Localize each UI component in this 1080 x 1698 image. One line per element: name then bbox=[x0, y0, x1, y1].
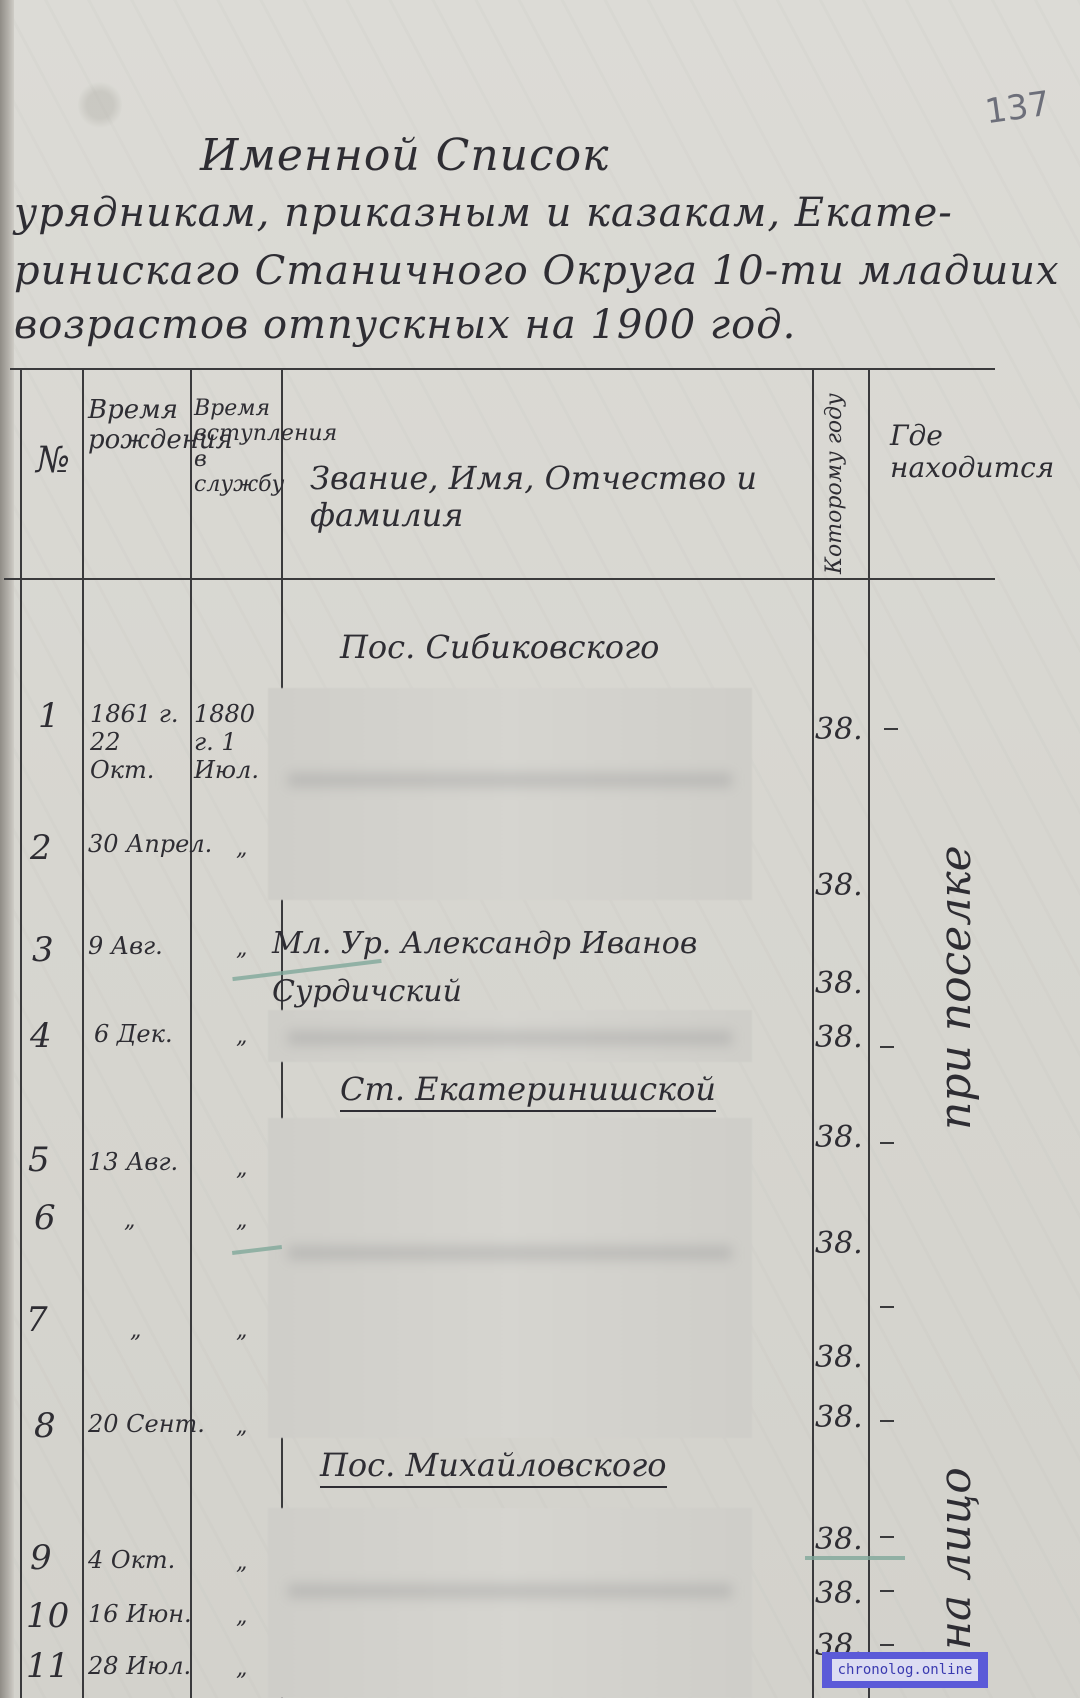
margin-note-at-settlement: при поселке bbox=[930, 660, 981, 1130]
row-7-number: 7 bbox=[26, 1300, 48, 1340]
row-3-age: 38. bbox=[815, 966, 863, 1001]
row-9-service: „ bbox=[236, 1550, 247, 1575]
watermark-badge: chronolog.online bbox=[822, 1652, 988, 1688]
row-4-number: 4 bbox=[30, 1016, 52, 1056]
row-5-location-dash bbox=[880, 1142, 894, 1144]
header-bottom-border bbox=[4, 578, 995, 580]
row-4-service: „ bbox=[236, 1024, 247, 1049]
row-9-age: 38. bbox=[815, 1522, 863, 1557]
row-3-name: Мл. Ур. Александр Иванов Сурдичский bbox=[272, 920, 802, 1016]
column-divider-left bbox=[20, 368, 22, 1698]
row-8-number: 8 bbox=[34, 1406, 56, 1446]
row-6-service: „ bbox=[236, 1208, 247, 1233]
title-line-3: ринискаго Станичного Округа 10-ти младши… bbox=[14, 248, 1060, 294]
row-1-birth: 1861 г. 22 Окт. bbox=[90, 700, 188, 784]
row-7-age: 38. bbox=[815, 1340, 863, 1375]
row-8-location-dash bbox=[880, 1420, 894, 1422]
row-3-birth: 9 Авг. bbox=[88, 932, 163, 960]
header-name: Звание, Имя, Отчество и фамилия bbox=[310, 460, 790, 534]
row-1-location-dash bbox=[884, 728, 898, 730]
archival-document-page: 137 Именной Список урядникам, приказным … bbox=[0, 0, 1080, 1698]
watermark-text: chronolog.online bbox=[832, 1659, 978, 1681]
column-divider-birth bbox=[190, 368, 192, 1698]
row-5-service: „ bbox=[236, 1156, 247, 1181]
row-3-number: 3 bbox=[32, 930, 54, 970]
header-birth-date: Время рождения bbox=[88, 396, 184, 456]
page-number: 137 bbox=[983, 84, 1053, 133]
row-7-service: „ bbox=[236, 1318, 247, 1343]
section-heading-mikhailovsky: Пос. Михайловского bbox=[320, 1446, 667, 1488]
row-11-service: „ bbox=[236, 1656, 247, 1681]
header-age: Которому году bbox=[822, 384, 847, 574]
row-8-service: „ bbox=[236, 1414, 247, 1439]
row-5-number: 5 bbox=[28, 1140, 50, 1180]
row-11-number: 11 bbox=[26, 1646, 69, 1686]
row-6-age: 38. bbox=[815, 1226, 863, 1261]
row-1-number: 1 bbox=[38, 696, 60, 736]
header-location: Где находится bbox=[890, 420, 1060, 484]
row-7-birth: „ bbox=[130, 1318, 141, 1343]
section-heading-sibikovsky: Пос. Сибиковского bbox=[340, 628, 659, 666]
row-5-birth: 13 Авг. bbox=[88, 1148, 178, 1176]
row-10-number: 10 bbox=[26, 1596, 69, 1636]
row-6-birth: „ bbox=[124, 1208, 135, 1233]
row-10-location-dash bbox=[880, 1590, 894, 1592]
column-divider-age bbox=[868, 368, 870, 1698]
redacted-names-block-1 bbox=[268, 688, 752, 900]
paper-emblem-stamp bbox=[78, 80, 122, 130]
margin-note-present: на лицо bbox=[930, 1460, 981, 1650]
row-4-location-dash bbox=[880, 1046, 894, 1048]
row-11-birth: 28 Июл. bbox=[88, 1652, 191, 1680]
row-3-service: „ bbox=[236, 936, 247, 961]
redacted-names-block-3 bbox=[268, 1508, 752, 1698]
row-4-age: 38. bbox=[815, 1020, 863, 1055]
title-line-1: Именной Список bbox=[200, 130, 609, 181]
row-9-birth: 4 Окт. bbox=[88, 1546, 175, 1574]
row-7-location-dash bbox=[880, 1306, 894, 1308]
row-2-birth: 30 Апрел. bbox=[88, 830, 212, 858]
title-line-2: урядникам, приказным и казакам, Екате- bbox=[14, 190, 953, 236]
book-binding-edge bbox=[0, 0, 14, 1698]
title-line-4: возрастов отпускных на 1900 год. bbox=[14, 302, 796, 348]
redacted-name-row-4 bbox=[268, 1010, 752, 1062]
header-number: № bbox=[36, 440, 70, 481]
section-heading-ekaterininskaya: Ст. Екатеринишской bbox=[340, 1070, 716, 1112]
row-10-service: „ bbox=[236, 1604, 247, 1629]
row-4-birth: 6 Дек. bbox=[94, 1020, 173, 1048]
row-2-age: 38. bbox=[815, 868, 863, 903]
row-9-number: 9 bbox=[30, 1538, 52, 1578]
row-11-location-dash bbox=[880, 1644, 894, 1646]
column-divider-number bbox=[82, 368, 84, 1698]
table-top-border bbox=[10, 368, 995, 370]
row-6-number: 6 bbox=[34, 1198, 56, 1238]
row-8-age: 38. bbox=[815, 1400, 863, 1435]
column-divider-name bbox=[812, 368, 814, 1698]
row-10-age: 38. bbox=[815, 1576, 863, 1611]
row-8-birth: 20 Сент. bbox=[88, 1410, 205, 1438]
row-1-age: 38. bbox=[815, 712, 863, 747]
header-service-entry: Время вступления в службу bbox=[194, 396, 280, 497]
row-5-age: 38. bbox=[815, 1120, 863, 1155]
green-pencil-mark-3 bbox=[805, 1556, 905, 1560]
row-2-service: „ bbox=[236, 836, 247, 861]
row-1-service: 1880 г. 1 Июл. bbox=[194, 700, 280, 784]
row-10-birth: 16 Июн. bbox=[88, 1600, 192, 1628]
redacted-names-block-2 bbox=[268, 1118, 752, 1438]
row-2-number: 2 bbox=[30, 828, 52, 868]
row-9-location-dash bbox=[880, 1536, 894, 1538]
